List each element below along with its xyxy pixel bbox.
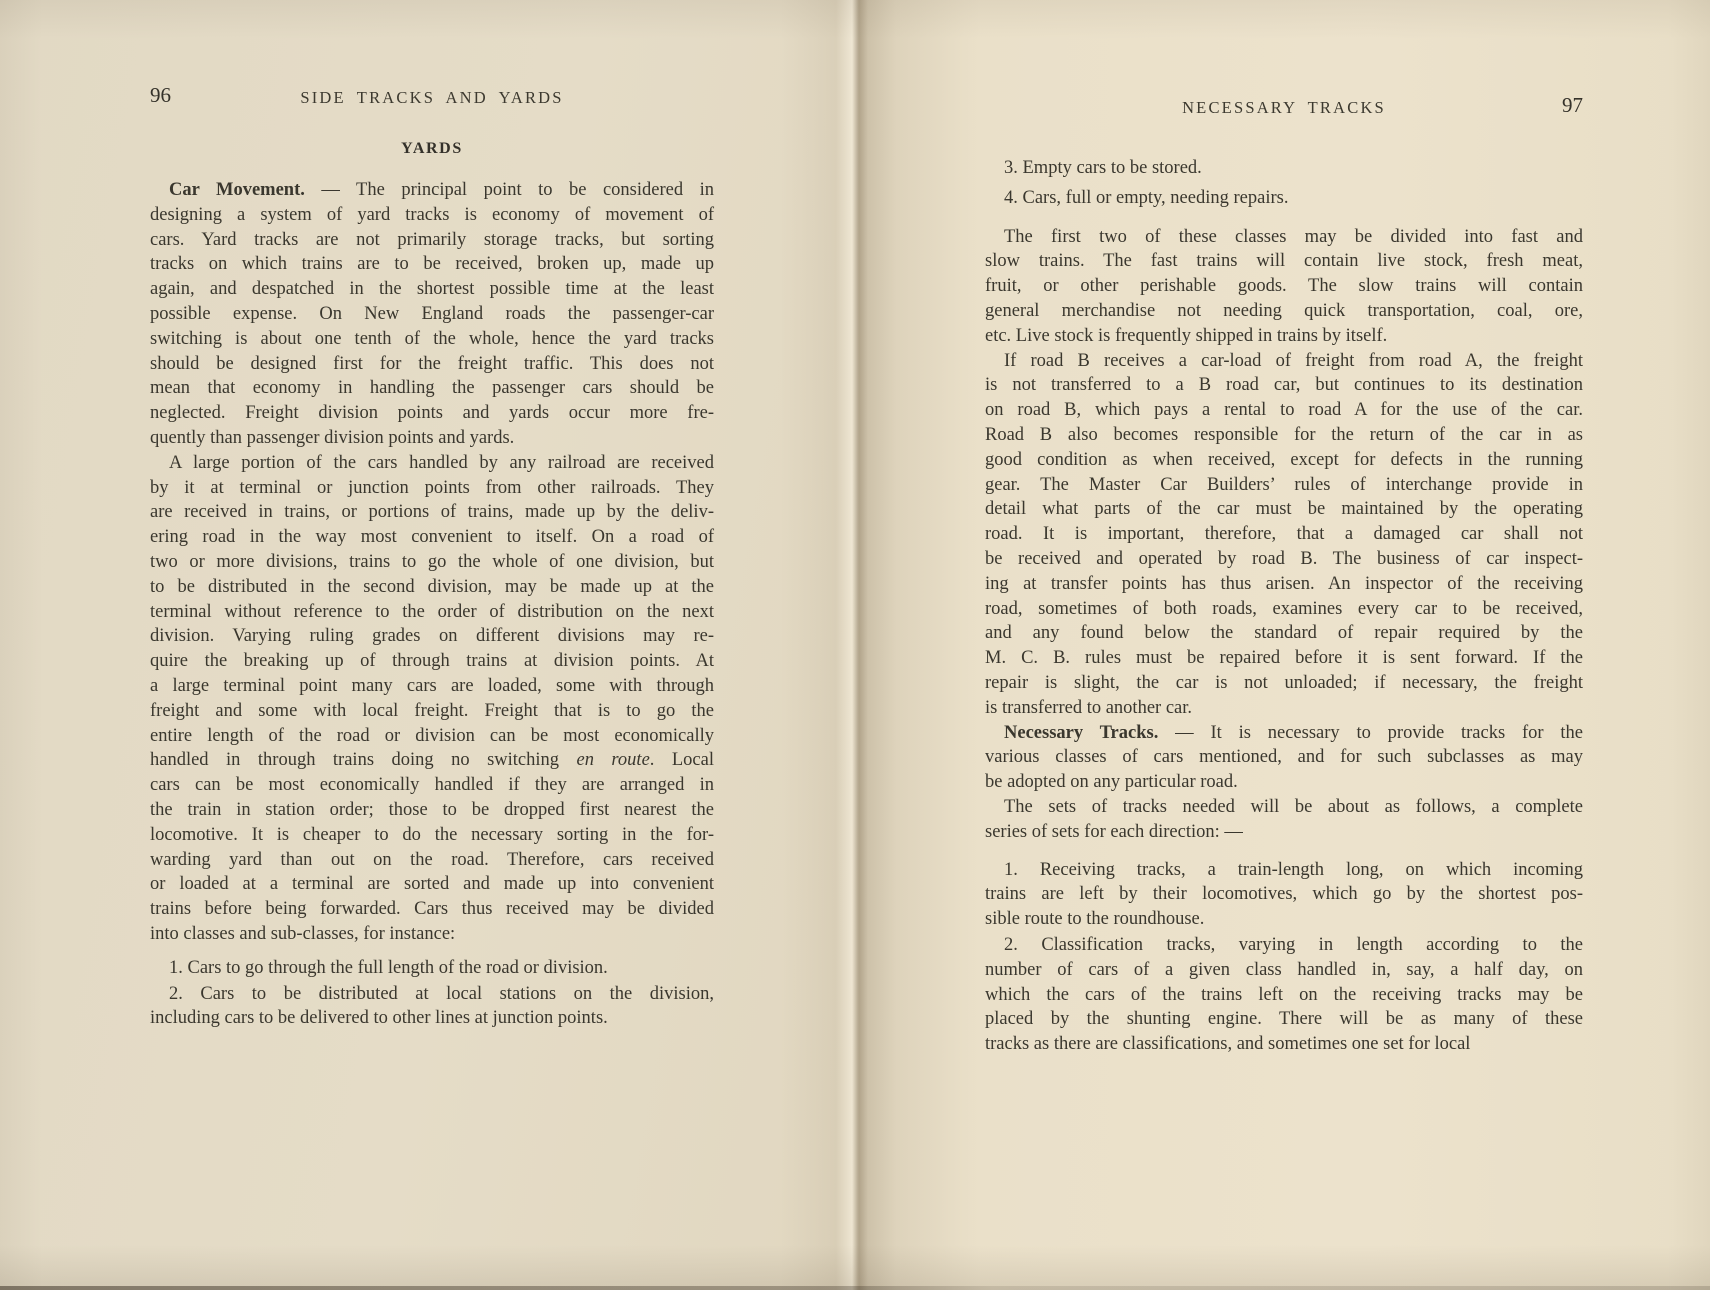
- page-number-left: 96: [150, 83, 171, 108]
- text-line: ing at transfer points has thus arisen. …: [985, 572, 1583, 597]
- text-line: slow trains. The fast trains will contai…: [985, 249, 1583, 274]
- text-line: etc. Live stock is frequently shipped in…: [985, 324, 1583, 349]
- text-line: 4. Cars, full or empty, needing repairs.: [985, 186, 1583, 211]
- text-line: which the cars of the trains left on the…: [985, 983, 1583, 1008]
- text-line: to be distributed in the second division…: [150, 575, 714, 600]
- text-line: two or more divisions, trains to go the …: [150, 550, 714, 575]
- text-line: switching is about one tenth of the whol…: [150, 327, 714, 352]
- right-page-body: 3. Empty cars to be stored. 4. Cars, ful…: [985, 156, 1583, 1057]
- text-line: should be designed first for the freight…: [150, 352, 714, 377]
- text-line: cars can be most economically handled if…: [150, 773, 714, 798]
- text-line: repair is slight, the car is not unloade…: [985, 671, 1583, 696]
- text-line: warding yard than out on the road. There…: [150, 848, 714, 873]
- text-line: placed by the shunting engine. There wil…: [985, 1007, 1583, 1032]
- list-item: 4. Cars, full or empty, needing repairs.: [985, 186, 1583, 211]
- text-line: be adopted on any particular road.: [985, 770, 1583, 795]
- paragraph-large-portion: A large portion of the cars handled by a…: [150, 451, 714, 947]
- running-head-left: SIDE TRACKS AND YARDS: [150, 86, 714, 108]
- car-class-list-continued: 3. Empty cars to be stored. 4. Cars, ful…: [985, 156, 1583, 211]
- text-line: into classes and sub-classes, for instan…: [150, 922, 714, 947]
- text-line: tracks as there are classifications, and…: [985, 1032, 1583, 1057]
- text-line: 3. Empty cars to be stored.: [985, 156, 1583, 181]
- text-line: 1. Receiving tracks, a train-length long…: [985, 858, 1583, 883]
- right-page-content: NECESSARY TRACKS 97 3. Empty cars to be …: [985, 96, 1583, 1057]
- text-line: are received in trains, or portions of t…: [150, 500, 714, 525]
- list-item: 3. Empty cars to be stored.: [985, 156, 1583, 181]
- text-line: including cars to be delivered to other …: [150, 1006, 714, 1031]
- text-line: Necessary Tracks. — It is necessary to p…: [985, 721, 1583, 746]
- text-line: general merchandise not needing quick tr…: [985, 299, 1583, 324]
- list-item: 2. Classification tracks, varying in len…: [985, 933, 1583, 1057]
- text-line: ering road in the way most convenient to…: [150, 525, 714, 550]
- left-page-body: Car Movement. — The principal point to b…: [150, 178, 714, 1031]
- car-class-list: 1. Cars to go through the full length of…: [150, 956, 714, 1031]
- text-line: detail what parts of the car must be mai…: [985, 497, 1583, 522]
- text-line: designing a system of yard tracks is eco…: [150, 203, 714, 228]
- text-line: tracks on which trains are to be receive…: [150, 252, 714, 277]
- text-line: possible expense. On New England roads t…: [150, 302, 714, 327]
- text-line: or loaded at a terminal are sorted and m…: [150, 872, 714, 897]
- text-line: by it at terminal or junction points fro…: [150, 476, 714, 501]
- track-list: 1. Receiving tracks, a train-length long…: [985, 858, 1583, 1057]
- list-item: 1. Cars to go through the full length of…: [150, 956, 714, 981]
- text-line: The first two of these classes may be di…: [985, 225, 1583, 250]
- paragraph-sets-of-tracks: The sets of tracks needed will be about …: [985, 795, 1583, 845]
- text-line: M. C. B. rules must be repaired before i…: [985, 646, 1583, 671]
- running-head-right: NECESSARY TRACKS: [985, 96, 1583, 118]
- text-line: division. Varying ruling grades on diffe…: [150, 624, 714, 649]
- text-line: trains are left by their locomotives, wh…: [985, 882, 1583, 907]
- text-line: road. It is important, therefore, that a…: [985, 522, 1583, 547]
- text-line: on road B, which pays a rental to road A…: [985, 398, 1583, 423]
- text-line: quire the breaking up of through trains …: [150, 649, 714, 674]
- text-line: is transferred to another car.: [985, 696, 1583, 721]
- paragraph-necessary-tracks: Necessary Tracks. — It is necessary to p…: [985, 721, 1583, 795]
- text-line: neglected. Freight division points and y…: [150, 401, 714, 426]
- paragraph-car-movement: Car Movement. — The principal point to b…: [150, 178, 714, 451]
- text-line: road, sometimes of both roads, examines …: [985, 597, 1583, 622]
- text-line: sible route to the roundhouse.: [985, 907, 1583, 932]
- text-line: a large terminal point many cars are loa…: [150, 674, 714, 699]
- paragraph-first-two: The first two of these classes may be di…: [985, 225, 1583, 349]
- text-line: be received and operated by road B. The …: [985, 547, 1583, 572]
- section-heading-yards: YARDS: [150, 140, 714, 158]
- text-line: 2. Classification tracks, varying in len…: [985, 933, 1583, 958]
- text-line: is not transferred to a B road car, but …: [985, 373, 1583, 398]
- text-line: various classes of cars mentioned, and f…: [985, 745, 1583, 770]
- text-line: handled in through trains doing no switc…: [150, 748, 714, 773]
- text-line: again, and despatched in the shortest po…: [150, 277, 714, 302]
- list-item: 2. Cars to be distributed at local stati…: [150, 982, 714, 1032]
- list-item: 1. Receiving tracks, a train-length long…: [985, 858, 1583, 932]
- text-line: terminal without reference to the order …: [150, 600, 714, 625]
- page-number-right: 97: [1562, 93, 1583, 118]
- text-line: quently than passenger division points a…: [150, 426, 714, 451]
- text-line: trains before being forwarded. Cars thus…: [150, 897, 714, 922]
- text-line: A large portion of the cars handled by a…: [150, 451, 714, 476]
- text-line: gear. The Master Car Builders’ rules of …: [985, 473, 1583, 498]
- text-line: good condition as when received, except …: [985, 448, 1583, 473]
- text-line: fruit, or other perishable goods. The sl…: [985, 274, 1583, 299]
- text-line: number of cars of a given class handled …: [985, 958, 1583, 983]
- left-page-header: 96 SIDE TRACKS AND YARDS: [150, 86, 714, 110]
- text-line: The sets of tracks needed will be about …: [985, 795, 1583, 820]
- text-line: freight and some with local freight. Fre…: [150, 699, 714, 724]
- text-line: 2. Cars to be distributed at local stati…: [150, 982, 714, 1007]
- text-line: and any found below the standard of repa…: [985, 621, 1583, 646]
- right-page-header: NECESSARY TRACKS 97: [985, 96, 1583, 120]
- text-line: cars. Yard tracks are not primarily stor…: [150, 228, 714, 253]
- text-line: Road B also becomes responsible for the …: [985, 423, 1583, 448]
- text-line: series of sets for each direction: —: [985, 820, 1583, 845]
- text-line: Car Movement. — The principal point to b…: [150, 178, 714, 203]
- left-page-content: 96 SIDE TRACKS AND YARDS YARDS Car Movem…: [150, 86, 714, 1031]
- text-line: locomotive. It is cheaper to do the nece…: [150, 823, 714, 848]
- text-line: 1. Cars to go through the full length of…: [150, 956, 714, 981]
- text-line: mean that economy in handling the passen…: [150, 376, 714, 401]
- text-line: entire length of the road or division ca…: [150, 724, 714, 749]
- text-line: If road B receives a car-load of freight…: [985, 349, 1583, 374]
- paragraph-road-b: If road B receives a car-load of freight…: [985, 349, 1583, 721]
- text-line: the train in station order; those to be …: [150, 798, 714, 823]
